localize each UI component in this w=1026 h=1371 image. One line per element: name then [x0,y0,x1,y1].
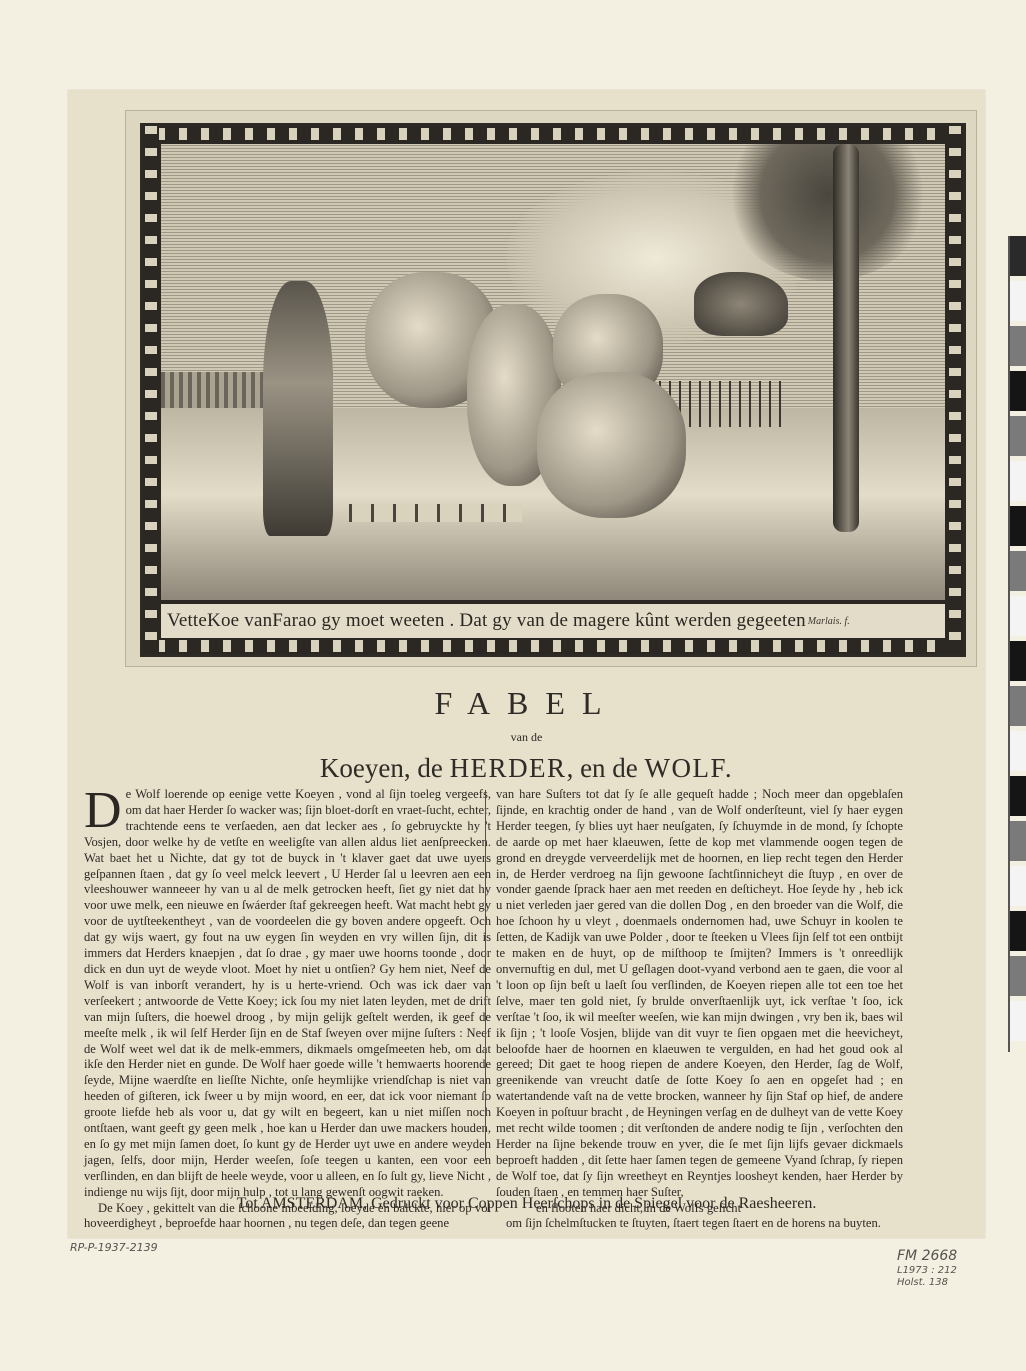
scale-patch [1010,866,1026,906]
engraving-plate: VetteKoe vanFarao gy moet weeten . Dat g… [125,110,977,667]
scale-patch [1010,371,1026,411]
wolf-figure [694,272,788,336]
scale-patch [1010,416,1026,456]
scale-patch [1010,551,1026,591]
scale-patch [1010,731,1026,771]
subtitle-wolf: WOLF. [645,753,734,783]
page-title: FABEL [68,685,985,722]
cow-figure [537,372,686,518]
verse-line: om ſijn ſchelmſtucken te ſtuyten, ſtaert… [496,1216,903,1232]
paragraph: e Wolf loerende op eenige vette Koeyen ,… [84,787,491,1201]
rope-border-bottom [143,638,963,654]
catalog-note: FM 2668 [897,1248,957,1265]
engraving-frame: VetteKoe vanFarao gy moet weeten . Dat g… [140,123,966,657]
scale-patch [1010,461,1026,501]
scale-patch [1010,641,1026,681]
scale-patch [1010,956,1026,996]
plank-bridge [349,504,521,522]
scale-patch [1010,326,1026,366]
paragraph: van hare Suſters tot dat ſy ſe alle gequ… [496,787,903,1201]
catalog-note: Holst. 138 [897,1277,957,1289]
scale-patch [1010,281,1026,321]
text-column-left: D e Wolf loerende op eenige vette Koeyen… [84,787,491,1232]
catalog-note: L1973 : 212 [897,1265,957,1277]
title-connector: van de [68,730,985,745]
drop-cap: D [84,789,122,833]
scale-patch [1010,596,1026,636]
scale-patch [1010,506,1026,546]
printer-imprint: Tot AMSTERDAM, Gedruckt voor Coppen Heer… [68,1195,985,1213]
inventory-number: RP-P-1937-2139 [70,1241,158,1254]
rope-border-left [143,126,159,654]
catalog-notes: FM 2668 L1973 : 212 Holst. 138 [897,1248,957,1289]
shepherd-figure [263,281,334,536]
subtitle-part: , en de [567,753,645,783]
engraving-caption: VetteKoe vanFarao gy moet weeten . Dat g… [167,610,806,632]
subtitle-part: Koeyen, de [320,753,450,783]
engraving-caption-box: VetteKoe vanFarao gy moet weeten . Dat g… [159,602,947,640]
column-divider [485,790,486,1160]
rope-border-right [947,126,963,654]
page-subtitle: Koeyen, de HERDER, en de WOLF. [68,753,985,784]
scale-patch [1010,776,1026,816]
gray-scale-bar [1008,236,1026,1052]
tree-trunk [833,144,859,532]
scale-patch [1010,821,1026,861]
text-column-right: van hare Suſters tot dat ſy ſe alle gequ… [496,787,903,1232]
scale-patch [1010,686,1026,726]
scale-patch [1010,1001,1026,1041]
scale-patch [1010,911,1026,951]
rope-border-top [143,126,963,142]
print-sheet: VetteKoe vanFarao gy moet weeten . Dat g… [68,90,985,1238]
subtitle-herder: HERDER [450,753,567,783]
engraving-scene [159,142,947,602]
engraver-signature: Marlais. f. [808,616,850,627]
scale-patch [1010,236,1026,276]
